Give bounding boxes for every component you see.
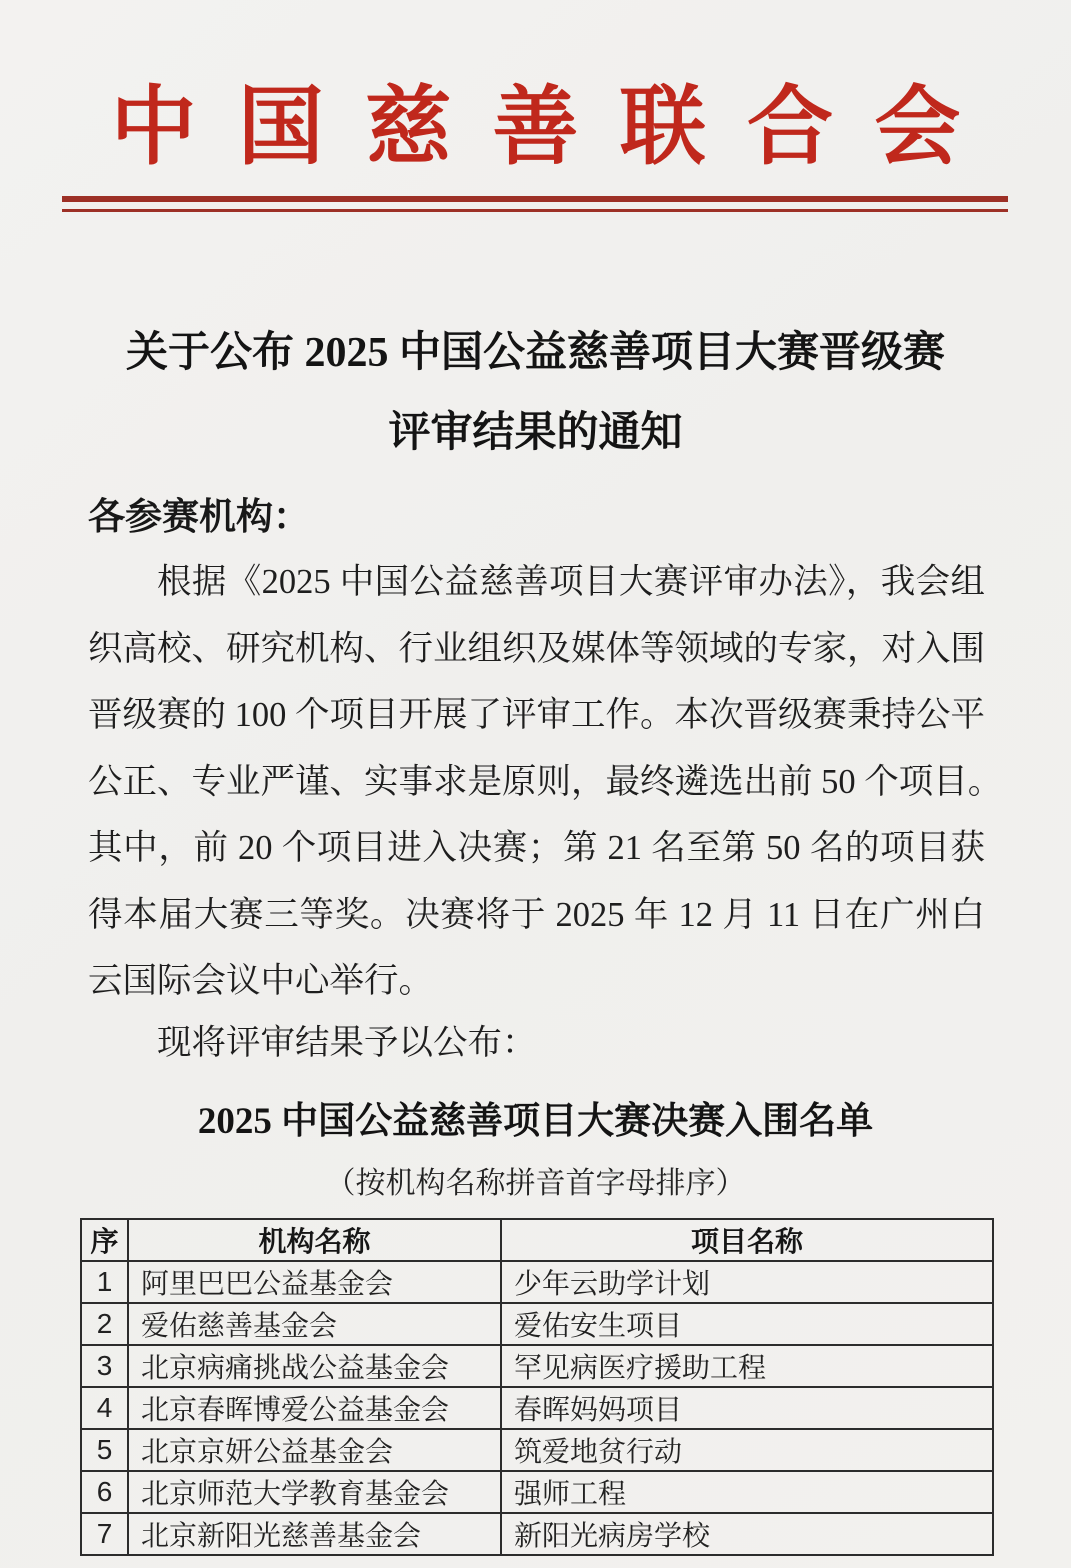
paragraph-line: 根据《2025 中国公益慈善项目大赛评审办法》，我会组 [88,549,985,616]
cell-project: 少年云助学计划 [501,1261,993,1303]
doc-title-line1: 关于公布 2025 中国公益慈善项目大赛晋级赛 [0,330,1071,376]
cell-project: 爱佑安生项目 [501,1303,993,1345]
cell-no: 3 [81,1345,128,1387]
paragraph-line: 晋级赛的 100 个项目开展了评审工作。本次晋级赛秉持公平 [88,682,985,749]
table-header-project: 项目名称 [501,1219,993,1261]
cell-project: 强师工程 [501,1471,993,1513]
masthead-org-name: 中国慈善联合会 [0,84,1071,170]
salutation: 各参赛机构： [88,486,310,540]
cell-no: 6 [81,1471,128,1513]
red-rule-thin [62,209,1008,212]
paragraph-line: 公正、专业严谨、实事求是原则，最终遴选出前 50 个项目。 [88,749,985,816]
table-row: 3 北京病痛挑战公益基金会 罕见病医疗援助工程 [81,1345,993,1387]
cell-project: 筑爱地贫行动 [501,1429,993,1471]
cell-project: 新阳光病房学校 [501,1513,993,1555]
cell-org: 北京京妍公益基金会 [128,1429,501,1471]
cell-org: 北京新阳光慈善基金会 [128,1513,501,1555]
cell-no: 7 [81,1513,128,1555]
paragraph-line: 云国际会议中心举行。 [88,948,985,1015]
cell-no: 5 [81,1429,128,1471]
finalist-list-title: 2025 中国公益慈善项目大赛决赛入围名单 [0,1090,1071,1144]
cell-no: 1 [81,1261,128,1303]
finalist-table: 序 机构名称 项目名称 1 阿里巴巴公益基金会 少年云助学计划 2 爱佑慈善基金… [80,1218,994,1556]
paragraph-line: 织高校、研究机构、行业组织及媒体等领域的专家，对入围 [88,616,985,683]
table-header-row: 序 机构名称 项目名称 [81,1219,993,1261]
doc-title-line2: 评审结果的通知 [0,410,1071,456]
cell-org: 爱佑慈善基金会 [128,1303,501,1345]
cell-project: 罕见病医疗援助工程 [501,1345,993,1387]
cell-org: 北京春晖博爱公益基金会 [128,1387,501,1429]
table-header-org: 机构名称 [128,1219,501,1261]
cell-project: 春晖妈妈项目 [501,1387,993,1429]
cell-org: 北京师范大学教育基金会 [128,1471,501,1513]
table-row: 5 北京京妍公益基金会 筑爱地贫行动 [81,1429,993,1471]
finalist-list-sort-note: （按机构名称拼音首字母排序） [0,1158,1071,1202]
cell-org: 阿里巴巴公益基金会 [128,1261,501,1303]
table-row: 4 北京春晖博爱公益基金会 春晖妈妈项目 [81,1387,993,1429]
table-row: 1 阿里巴巴公益基金会 少年云助学计划 [81,1261,993,1303]
cell-org: 北京病痛挑战公益基金会 [128,1345,501,1387]
main-paragraph: 根据《2025 中国公益慈善项目大赛评审办法》，我会组 织高校、研究机构、行业组… [88,549,985,1015]
table-row: 2 爱佑慈善基金会 爱佑安生项目 [81,1303,993,1345]
announce-line: 现将评审结果予以公布： [88,1018,985,1068]
document-page: 中国慈善联合会 关于公布 2025 中国公益慈善项目大赛晋级赛 评审结果的通知 … [0,0,1071,1568]
red-rule-thick [62,196,1008,202]
paragraph-line: 得本届大赛三等奖。决赛将于 2025 年 12 月 11 日在广州白 [88,882,985,949]
table-header-no: 序 [81,1219,128,1261]
cell-no: 2 [81,1303,128,1345]
cell-no: 4 [81,1387,128,1429]
paragraph-line: 其中，前 20 个项目进入决赛；第 21 名至第 50 名的项目获 [88,815,985,882]
table-row: 6 北京师范大学教育基金会 强师工程 [81,1471,993,1513]
table-row: 7 北京新阳光慈善基金会 新阳光病房学校 [81,1513,993,1555]
